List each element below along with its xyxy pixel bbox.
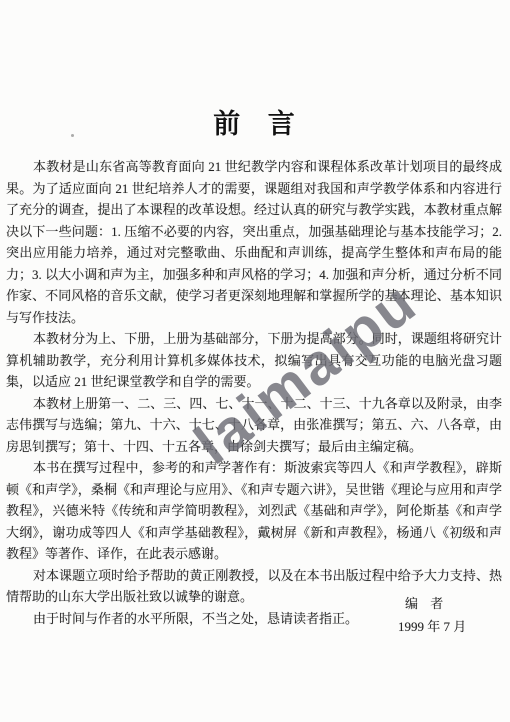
signature-author: 编 者 xyxy=(398,592,466,615)
signature-date: 1999 年 7 月 xyxy=(398,615,466,638)
scan-speck xyxy=(71,134,74,137)
preface-body: 本教材是山东省高等教育面向 21 世纪教学内容和课程体系改革计划项目的最终成果。… xyxy=(6,156,502,629)
preface-paragraph-1: 本教材是山东省高等教育面向 21 世纪教学内容和课程体系改革计划项目的最终成果。… xyxy=(6,156,502,328)
signature-block: 编 者 1999 年 7 月 xyxy=(398,592,466,638)
preface-paragraph-2: 本教材分为上、下册，上册为基础部分，下册为提高部分。同时，课题组将研究计算机辅助… xyxy=(6,328,502,393)
preface-paragraph-3: 本教材上册第一、二、三、四、七、十一、十二、十三、十九各章以及附录，由李志伟撰写… xyxy=(6,393,502,458)
page-title: 前 言 xyxy=(0,102,510,141)
scanned-preface-page: 前 言 本教材是山东省高等教育面向 21 世纪教学内容和课程体系改革计划项目的最… xyxy=(0,0,510,722)
preface-paragraph-4: 本书在撰写过程中，参考的和声学著作有：斯波索宾等四人《和声学教程》，辟斯顿《和声… xyxy=(6,457,502,565)
